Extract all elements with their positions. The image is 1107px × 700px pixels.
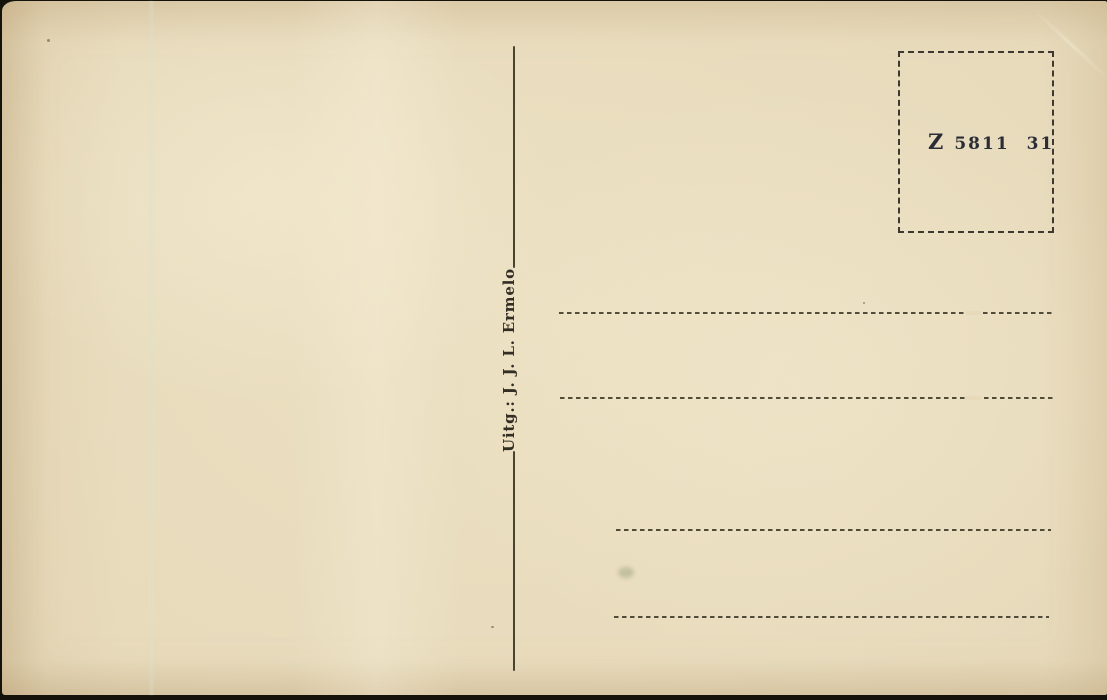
postcard-back: Z5811 31 Uitg.: J. J. L. Ermelo [2, 1, 1107, 695]
address-line-2 [560, 397, 1054, 399]
paper-sheen [292, 1, 462, 695]
stamp-code-number: 5811 31 [954, 134, 1054, 154]
address-line-4 [614, 616, 1049, 618]
postcard-photo: Z5811 31 Uitg.: J. J. L. Ermelo [0, 0, 1107, 700]
address-line-2-gap [965, 396, 981, 400]
vertical-crease [148, 1, 155, 695]
publisher-imprint: Uitg.: J. J. L. Ermelo [500, 268, 518, 452]
divider-line-top [513, 46, 515, 268]
paper-speck [47, 39, 50, 42]
stamp-code: Z5811 31 [928, 129, 1054, 154]
address-line-1 [559, 312, 1055, 314]
paper-speck [863, 302, 865, 304]
paper-speck [491, 626, 494, 628]
divider-line-bottom [513, 451, 515, 671]
address-line-1-gap [966, 311, 981, 315]
address-line-3 [616, 529, 1051, 531]
ink-smudge [618, 567, 634, 578]
stamp-code-prefix: Z [928, 129, 945, 154]
stamp-box: Z5811 31 [898, 51, 1054, 233]
